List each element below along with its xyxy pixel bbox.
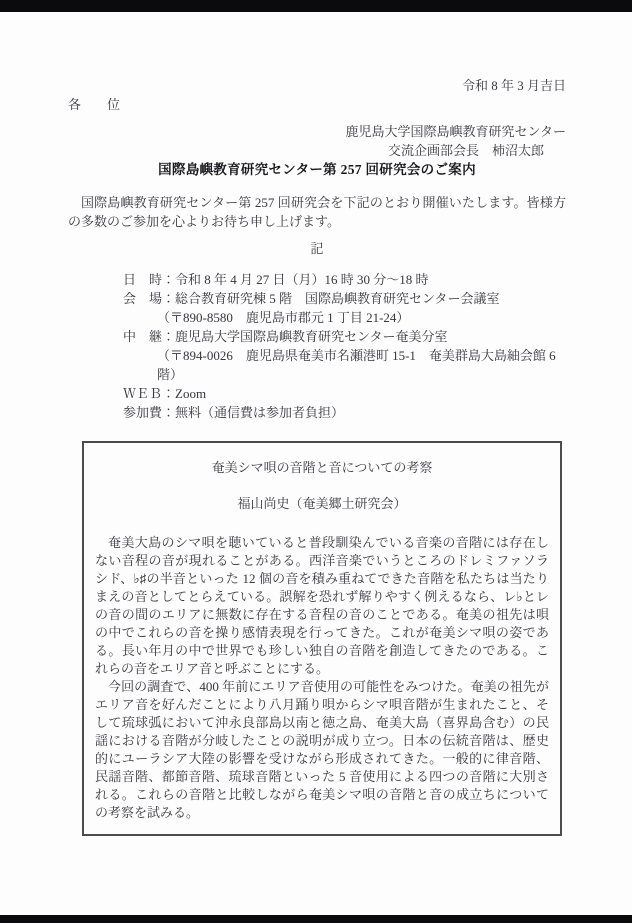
abstract-box: 奄美シマ唄の音階と音についての考察 福山尚史（奄美郷土研究会） 奄美大島のシマ唄… bbox=[82, 441, 562, 836]
detail-label: 中 継 bbox=[123, 327, 162, 346]
sender-person: 交流企画部会長 柿沼太郎 bbox=[68, 141, 566, 160]
detail-value: 令和 8 年 4 月 27 日（月）16 時 30 分～18 時 bbox=[175, 272, 429, 287]
detail-venue-address: （〒890-8580 鹿児島市郡元 1 丁目 21-24） bbox=[123, 308, 566, 327]
detail-label: 日 時 bbox=[123, 270, 162, 289]
bottom-letterbox-bar bbox=[0, 915, 632, 923]
top-letterbox-bar bbox=[0, 0, 632, 12]
abstract-paragraph-2: 今回の調査で、400 年前にエリア音使用の可能性をみつけた。奄美の祖先がエリア音… bbox=[95, 678, 549, 822]
abstract-body: 奄美大島のシマ唄を聴いていると普段馴染んでいる音楽の音階には存在しない音程の音が… bbox=[95, 534, 549, 822]
detail-colon: ： bbox=[162, 405, 175, 420]
sender-organization: 鹿児島大学国際島嶼教育研究センター bbox=[68, 122, 566, 141]
detail-colon: ： bbox=[162, 329, 175, 344]
detail-value: Zoom bbox=[175, 386, 206, 401]
detail-label: 参加費 bbox=[123, 403, 162, 422]
detail-row-web: ＷＥＢ：Zoom bbox=[123, 384, 566, 403]
abstract-title: 奄美シマ唄の音階と音についての考察 bbox=[95, 458, 549, 477]
detail-value: 鹿児島大学国際島嶼教育研究センター奄美分室 bbox=[175, 329, 447, 344]
intro-paragraph: 国際島嶼教育研究センター第 257 回研究会を下記のとおり開催いたします。皆様方… bbox=[68, 193, 566, 231]
detail-colon: ： bbox=[162, 291, 175, 306]
event-details-list: 日 時：令和 8 年 4 月 27 日（月）16 時 30 分～18 時 会 場… bbox=[123, 270, 566, 422]
detail-colon: ： bbox=[162, 386, 175, 401]
record-marker: 記 bbox=[68, 239, 566, 258]
detail-value: 無料（通信費は参加者負担） bbox=[175, 405, 344, 420]
detail-value: 総合教育研究棟 5 階 国際島嶼教育研究センター会議室 bbox=[175, 291, 499, 306]
document-page: 令和 8 年 3 月吉日 各 位 鹿児島大学国際島嶼教育研究センター 交流企画部… bbox=[0, 12, 632, 915]
detail-row-relay: 中 継：鹿児島大学国際島嶼教育研究センター奄美分室 bbox=[123, 327, 566, 346]
detail-label: ＷＥＢ bbox=[123, 384, 162, 403]
detail-relay-address: （〒894-0026 鹿児島県奄美市名瀬港町 15-1 奄美群島大島紬会館 6 … bbox=[123, 346, 566, 384]
screenshot-root: 令和 8 年 3 月吉日 各 位 鹿児島大学国際島嶼教育研究センター 交流企画部… bbox=[0, 0, 632, 923]
detail-row-datetime: 日 時：令和 8 年 4 月 27 日（月）16 時 30 分～18 時 bbox=[123, 270, 566, 289]
abstract-paragraph-1: 奄美大島のシマ唄を聴いていると普段馴染んでいる音楽の音階には存在しない音程の音が… bbox=[95, 534, 549, 678]
detail-colon: ： bbox=[162, 272, 175, 287]
abstract-speaker: 福山尚史（奄美郷土研究会） bbox=[95, 494, 549, 513]
detail-row-venue: 会 場：総合教育研究棟 5 階 国際島嶼教育研究センター会議室 bbox=[123, 289, 566, 308]
document-title: 国際島嶼教育研究センター第 257 回研究会のご案内 bbox=[68, 160, 566, 179]
letter-recipient: 各 位 bbox=[68, 95, 566, 114]
detail-label: 会 場 bbox=[123, 289, 162, 308]
detail-row-fee: 参加費：無料（通信費は参加者負担） bbox=[123, 403, 566, 422]
letter-date: 令和 8 年 3 月吉日 bbox=[68, 76, 566, 95]
